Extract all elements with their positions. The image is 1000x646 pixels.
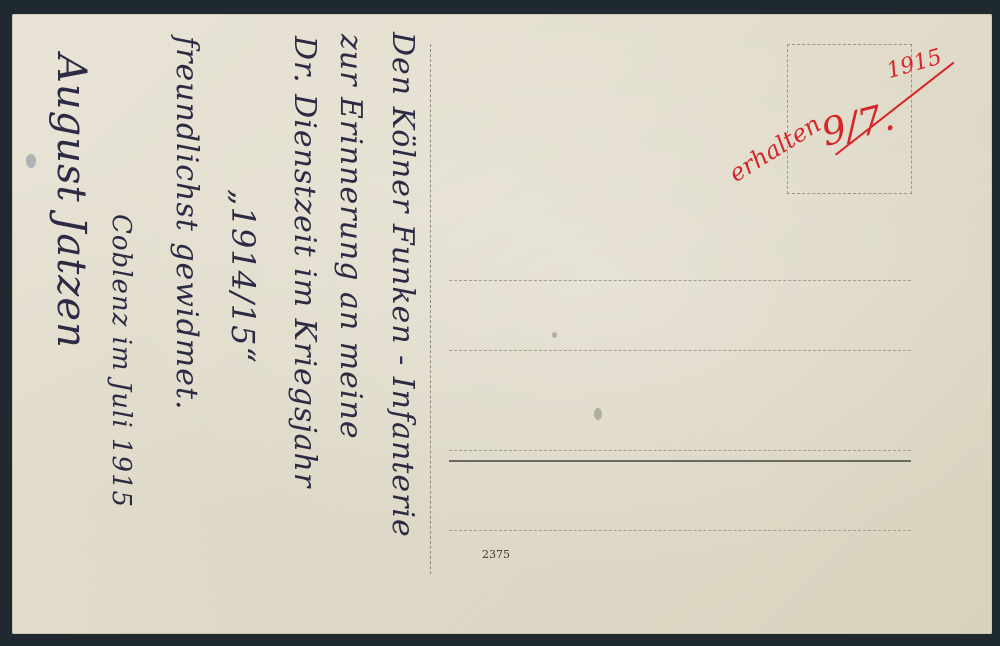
address-line-1 xyxy=(449,280,911,281)
message-line-6: Coblenz im Juli 1915 xyxy=(106,214,136,508)
message-line-3: Dr. Dienstzeit im Kriegsjahr xyxy=(287,36,322,488)
message-line-2: zur Erinnerung an meine xyxy=(333,34,368,440)
message-line-5: freundlichst gewidmet. xyxy=(169,36,204,411)
center-divider-line xyxy=(430,44,431,574)
message-line-1: Den Kölner Funken - Infanterie xyxy=(385,32,420,538)
postcard: 2375 Den Kölner Funken - Infanterie zur … xyxy=(12,14,992,634)
paper-stain xyxy=(552,332,557,338)
address-line-2 xyxy=(449,350,911,351)
paper-stain xyxy=(594,408,602,420)
address-line-solid xyxy=(449,460,911,462)
signature: August Jatzen xyxy=(48,54,94,349)
printed-number: 2375 xyxy=(482,548,510,561)
ink-smudge xyxy=(26,154,36,168)
address-line-4 xyxy=(449,530,911,531)
address-line-3 xyxy=(449,450,911,451)
message-line-4: „1914/15“ xyxy=(224,189,262,364)
